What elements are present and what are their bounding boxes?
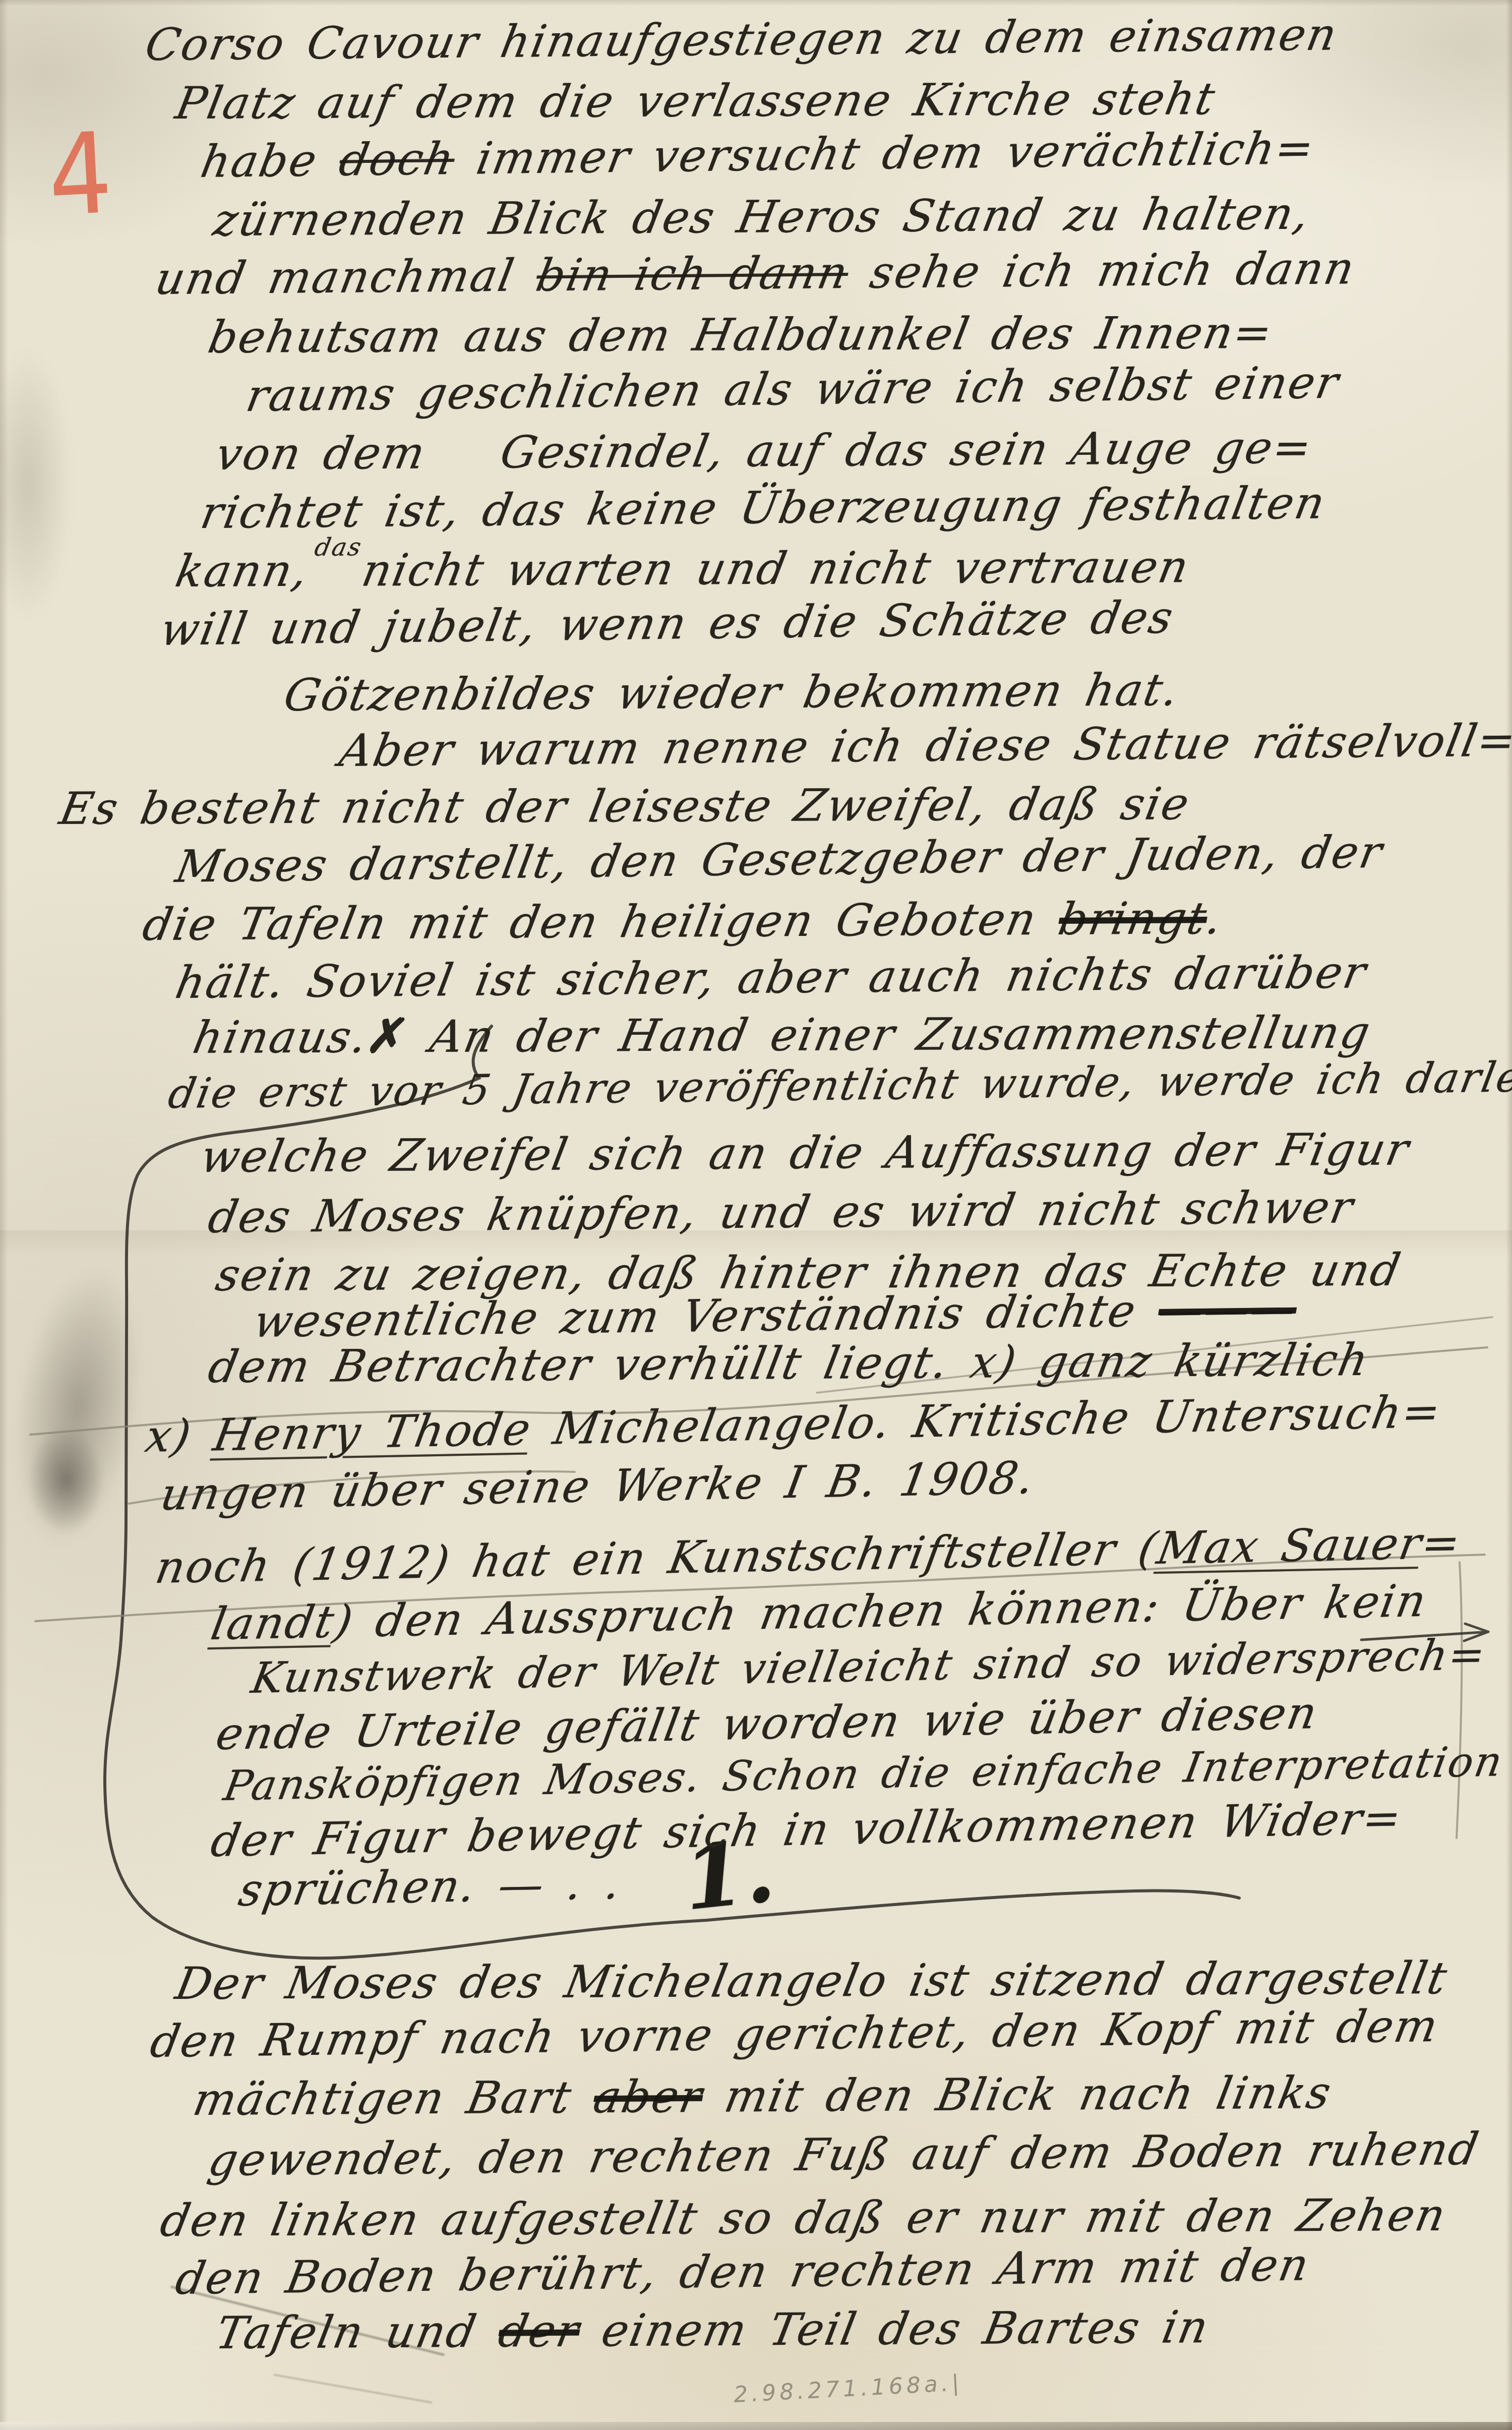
manuscript-line: und manchmal bin ich dann sehe ich mich … bbox=[156, 245, 1355, 302]
manuscript-segment-sup: das bbox=[313, 535, 365, 561]
manuscript-segment-u: Henry Thode bbox=[210, 1403, 536, 1461]
manuscript-segment: An der Hand einer Zusammenstellung bbox=[403, 1006, 1375, 1062]
manuscript-segment: habe bbox=[197, 134, 345, 188]
manuscript-segment-strike: bin ich dann bbox=[532, 247, 853, 302]
manuscript-line: die Tafeln mit den heiligen Geboten brin… bbox=[144, 895, 1223, 948]
manuscript-segment: zürnenden Blick des Heros Stand zu halte… bbox=[209, 188, 1315, 246]
manuscript-segment: welche Zweifel sich an die Auffassung de… bbox=[197, 1123, 1414, 1182]
manuscript-line: den linken aufgestellt so daß er nur mit… bbox=[161, 2191, 1446, 2244]
manuscript-page: { "page": { "page_number": "4", "section… bbox=[0, 0, 1512, 2430]
manuscript-segment-strike: doch bbox=[335, 133, 459, 186]
manuscript-segment: hinaus. bbox=[189, 1011, 373, 1063]
page-number: 4 bbox=[45, 117, 114, 232]
manuscript-line: richtet ist, das keine Überzeugung festh… bbox=[202, 480, 1326, 537]
manuscript-segment: nicht warten und nicht vertrauen bbox=[358, 541, 1194, 596]
manuscript-segment: und manchmal bbox=[151, 249, 541, 305]
manuscript-segment: sprüchen. — . . bbox=[235, 1857, 626, 1916]
manuscript-line: des Moses knüpfen, und es wird nicht sch… bbox=[209, 1183, 1354, 1240]
manuscript-line: Platz auf dem die verlassene Kirche steh… bbox=[176, 75, 1216, 127]
manuscript-line: hält. Soviel ist sicher, aber auch nicht… bbox=[176, 949, 1367, 1006]
manuscript-segment: einem Teil des Bartes in bbox=[575, 2301, 1214, 2357]
manuscript-line: Tafeln und der einem Teil des Bartes in bbox=[217, 2303, 1209, 2356]
manuscript-line: sprüchen. — . . bbox=[239, 1859, 622, 1914]
manuscript-line: behutsam aus dem Halbdunkel des Innen= bbox=[209, 309, 1273, 361]
manuscript-line: dem Betrachter verhüllt liegt. x) ganz k… bbox=[209, 1336, 1369, 1390]
manuscript-segment: des Moses knüpfen, und es wird nicht sch… bbox=[204, 1181, 1358, 1243]
manuscript-line: Götzenbildes wieder bekommen hat. bbox=[285, 666, 1179, 719]
manuscript-line: will und jubelt, wenn es die Schätze des bbox=[161, 594, 1174, 653]
manuscript-segment-scribble: aber bbox=[589, 2070, 707, 2123]
manuscript-segment: behutsam aus dem Halbdunkel des Innen= bbox=[204, 307, 1278, 363]
manuscript-line: hinaus.✗ An der Hand einer Zusammenstell… bbox=[194, 1007, 1371, 1061]
manuscript-segment: Es besteht nicht der leiseste Zweifel, d… bbox=[55, 778, 1194, 835]
manuscript-segment-gap bbox=[422, 468, 498, 468]
manuscript-segment: Gesindel, auf das sein Auge ge= bbox=[497, 422, 1317, 479]
manuscript-segment-scribble: der bbox=[495, 2305, 585, 2357]
manuscript-segment: dem Betrachter verhüllt liegt. x) ganz k… bbox=[204, 1334, 1374, 1393]
manuscript-segment: mit den Blick nach links bbox=[698, 2066, 1336, 2122]
manuscript-segment: immer versucht dem verächtlich= bbox=[450, 122, 1319, 185]
manuscript-segment: sehe ich mich dann bbox=[843, 242, 1360, 299]
manuscript-line: Der Moses des Michelangelo ist sitzend d… bbox=[176, 1954, 1447, 2007]
manuscript-line: Es besteht nicht der leiseste Zweifel, d… bbox=[61, 780, 1190, 832]
manuscript-segment: Götzenbildes wieder bekommen hat. bbox=[280, 664, 1184, 721]
manuscript-line: zürnenden Blick des Heros Stand zu halte… bbox=[214, 190, 1310, 244]
manuscript-segment: mächtigen Bart bbox=[189, 2071, 599, 2125]
manuscript-segment-u: Max Sauer bbox=[1153, 1517, 1427, 1574]
manuscript-segment: kann, bbox=[171, 545, 314, 597]
manuscript-segment: Der Moses des Michelangelo ist sitzend d… bbox=[171, 1952, 1453, 2009]
manuscript-segment: hält. Soviel ist sicher, aber auch nicht… bbox=[171, 946, 1371, 1009]
manuscript-line: mächtigen Bart aber mit den Blick nach l… bbox=[194, 2069, 1332, 2123]
manuscript-segment: von dem bbox=[212, 427, 431, 480]
manuscript-segment: richtet ist, das keine Überzeugung festh… bbox=[197, 477, 1330, 539]
scan-bottom-edge bbox=[0, 2422, 1512, 2430]
manuscript-line: raums geschlichen als wäre ich selbst ei… bbox=[247, 359, 1339, 420]
manuscript-segment: Corso Cavour hinaufgestiegen zu dem eins… bbox=[141, 8, 1342, 71]
manuscript-segment: x) bbox=[142, 1409, 219, 1462]
manuscript-line: von demGesindel, auf das sein Auge ge= bbox=[217, 424, 1312, 478]
manuscript-segment: Platz auf dem die verlassene Kirche steh… bbox=[171, 73, 1220, 129]
manuscript-line: Corso Cavour hinaufgestiegen zu dem eins… bbox=[146, 11, 1338, 68]
manuscript-segment: die Tafeln mit den heiligen Geboten bbox=[139, 893, 1064, 951]
manuscript-line: welche Zweifel sich an die Auffassung de… bbox=[202, 1125, 1410, 1180]
manuscript-segment: den linken aufgestellt so daß er nur mit… bbox=[156, 2189, 1451, 2246]
manuscript-segment: Aber warum nenne ich diese Statue rätsel… bbox=[335, 714, 1512, 777]
manuscript-line: gewendet, den rechten Fuß auf dem Boden … bbox=[209, 2125, 1479, 2183]
manuscript-line: Aber warum nenne ich diese Statue rätsel… bbox=[340, 717, 1512, 774]
manuscript-segment-scribble: ——— bbox=[1154, 1283, 1301, 1337]
manuscript-segment: Tafeln und bbox=[212, 2305, 504, 2359]
manuscript-segment-u: landt bbox=[207, 1595, 339, 1650]
manuscript-segment-scribble: bringt bbox=[1055, 892, 1212, 945]
pencil-border-right bbox=[1457, 1562, 1462, 1838]
manuscript-line: kann,dasnicht warten und nicht vertrauen bbox=[176, 543, 1189, 595]
